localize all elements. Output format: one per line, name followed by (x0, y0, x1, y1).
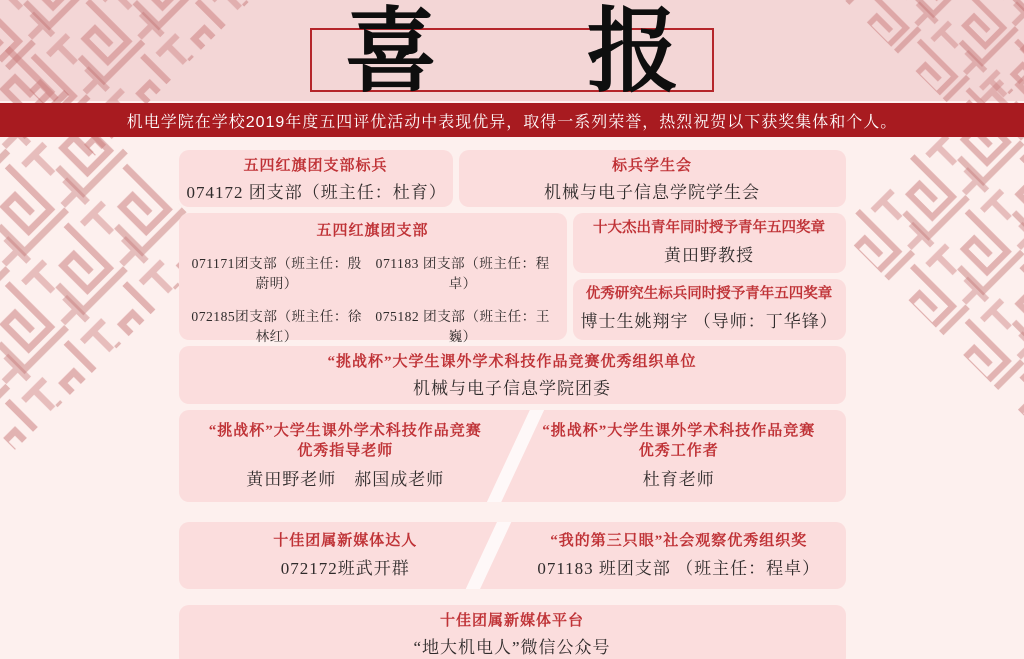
branch-entry: 071171团支部（班主任：殷蔚明） (187, 252, 367, 292)
award-content: 博士生姚翔宇 （导师：丁华锋） (581, 311, 838, 333)
award-content: “地大机电人”微信公众号 (187, 637, 838, 659)
awards-row-1: 五四红旗团支部标兵 074172 团支部（班主任：杜育） 标兵学生会 机械与电子… (179, 150, 846, 207)
award-box-new-media-platform: 十佳团属新媒体平台 “地大机电人”微信公众号 (179, 605, 846, 659)
award-box-model-student-union: 标兵学生会 机械与电子信息学院学生会 (459, 150, 846, 207)
award-title: 五四红旗团支部 (187, 221, 559, 241)
award-box-outstanding-graduate: 优秀研究生标兵同时授予青年五四奖章 博士生姚翔宇 （导师：丁华锋） (573, 279, 846, 340)
award-title: “挑战杯”大学生课外学术科技作品竞赛优秀组织单位 (187, 352, 838, 372)
awards-row-4: “挑战杯”大学生课外学术科技作品竞赛 优秀指导老师 黄田野老师 郝国成老师 “挑… (179, 410, 846, 502)
award-title: 标兵学生会 (467, 156, 838, 176)
award-content: 072172班武开群 (281, 558, 410, 580)
award-box-tiaozhanbei-org: “挑战杯”大学生课外学术科技作品竞赛优秀组织单位 机械与电子信息学院团委 (179, 346, 846, 404)
award-title-line2: 优秀指导老师 (297, 441, 393, 461)
award-box-tiaozhanbei-worker: “挑战杯”大学生课外学术科技作品竞赛 优秀工作者 杜育老师 (512, 410, 846, 502)
spacer (179, 595, 846, 599)
awards-row-2: 五四红旗团支部 071171团支部（班主任：殷蔚明） 071183 团支部（班主… (179, 213, 846, 340)
award-box-outstanding-youth: 十大杰出青年同时授予青年五四奖章 黄田野教授 (573, 213, 846, 273)
award-title: 五四红旗团支部标兵 (187, 156, 445, 176)
branch-entry: 075182 团支部（班主任：王 巍） (367, 305, 559, 345)
spacer (179, 508, 846, 516)
award-content: 杜育老师 (643, 469, 715, 491)
branch-entry: 071183 团支部（班主任：程 卓） (367, 252, 559, 292)
announcement-banner: 机电学院在学校2019年度五四评优活动中表现优异，取得一系列荣誉，热烈祝贺以下获… (0, 103, 1024, 137)
award-title-line2: 优秀工作者 (639, 441, 719, 461)
announcement-banner-text: 机电学院在学校2019年度五四评优活动中表现优异，取得一系列荣誉，热烈祝贺以下获… (127, 109, 898, 132)
award-content: 黄田野老师 郝国成老师 (246, 469, 444, 491)
awards-row-5: 十佳团属新媒体达人 072172班武开群 “我的第三只眼”社会观察优秀组织奖 0… (179, 522, 846, 589)
award-title: 十佳团属新媒体达人 (273, 531, 417, 551)
branch-entry: 072185团支部（班主任：徐林红） (187, 305, 367, 345)
award-title: 优秀研究生标兵同时授予青年五四奖章 (581, 285, 838, 305)
award-content: 机械与电子信息学院学生会 (467, 182, 838, 204)
award-box-new-media-person: 十佳团属新媒体达人 072172班武开群 (179, 522, 513, 589)
award-box-tiaozhanbei-advisor: “挑战杯”大学生课外学术科技作品竞赛 优秀指导老师 黄田野老师 郝国成老师 (179, 410, 513, 502)
award-content: 071183 班团支部 （班主任：程卓） (537, 558, 820, 580)
fret-ornament-right-icon (838, 39, 1024, 421)
award-content: 机械与电子信息学院团委 (187, 378, 838, 400)
award-title: “我的第三只眼”社会观察优秀组织奖 (550, 531, 807, 551)
title-char-bao: 报 (587, 6, 679, 98)
award-title-line1: “挑战杯”大学生课外学术科技作品竞赛 (209, 421, 482, 441)
award-title: 十大杰出青年同时授予青年五四奖章 (581, 219, 838, 239)
award-box-third-eye: “我的第三只眼”社会观察优秀组织奖 071183 班团支部 （班主任：程卓） (512, 522, 846, 589)
good-news-poster: 喜 报 机电学院在学校2019年度五四评优活动中表现优异，取得一系列荣誉，热烈祝… (0, 0, 1024, 659)
awards-list: 五四红旗团支部标兵 074172 团支部（班主任：杜育） 标兵学生会 机械与电子… (179, 150, 846, 659)
award-title-line1: “挑战杯”大学生课外学术科技作品竞赛 (542, 421, 815, 441)
award-content: 074172 团支部（班主任：杜育） (187, 182, 445, 204)
award-content: 黄田野教授 (581, 245, 838, 267)
award-title: 十佳团属新媒体平台 (187, 611, 838, 631)
title-border-box: 喜 报 (310, 28, 714, 92)
awards-row-2-right-column: 十大杰出青年同时授予青年五四奖章 黄田野教授 优秀研究生标兵同时授予青年五四奖章… (573, 213, 846, 340)
award-box-red-flag-model: 五四红旗团支部标兵 074172 团支部（班主任：杜育） (179, 150, 453, 207)
award-box-red-flag-branches: 五四红旗团支部 071171团支部（班主任：殷蔚明） 071183 团支部（班主… (179, 213, 567, 340)
title-char-xi: 喜 (345, 6, 437, 98)
page-title: 喜 报 (312, 6, 712, 98)
